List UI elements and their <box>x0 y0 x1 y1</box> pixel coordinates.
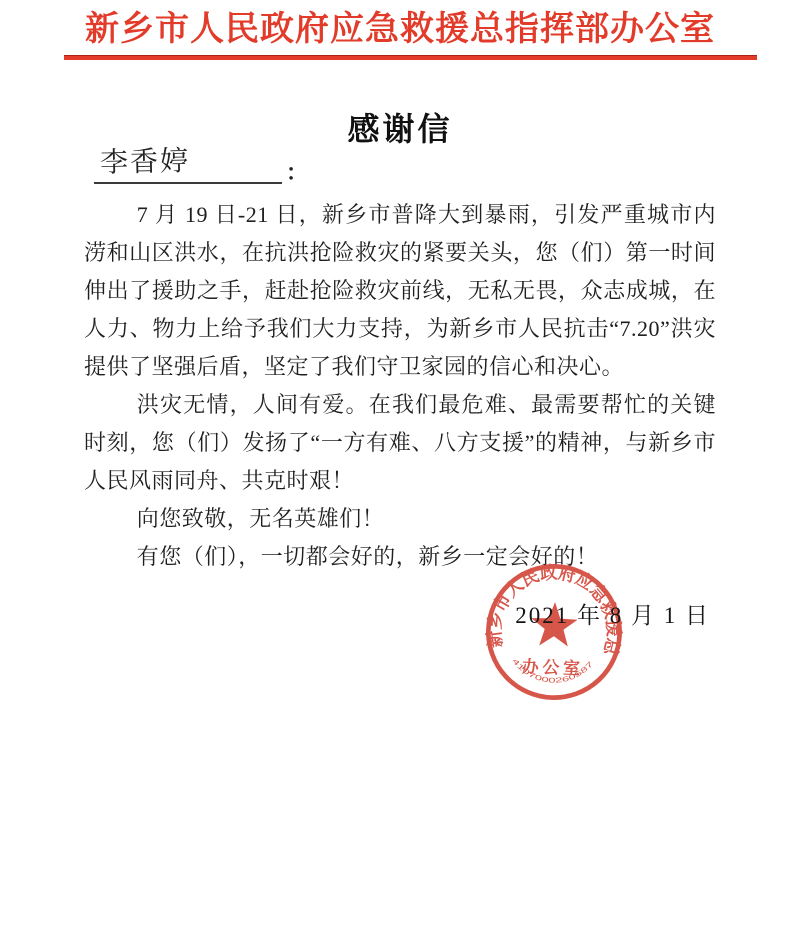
paragraph-1: 7 月 19 日-21 日，新乡市普降大到暴雨，引发严重城市内涝和山区洪水，在抗… <box>84 196 716 386</box>
recipient-name-underline <box>94 182 282 184</box>
recipient-name-handwritten: 李香婷 <box>94 139 191 181</box>
paragraph-3: 向您致敬，无名英雄们！ <box>84 500 716 538</box>
letterhead-title: 新乡市人民政府应急救援总指挥部办公室 <box>0 10 800 50</box>
letter-date: 2021 年 8 月 1 日 <box>515 597 710 630</box>
salutation-colon: ： <box>286 156 308 187</box>
paragraph-2: 洪灾无情，人间有爱。在我们最危难、最需要帮忙的关键时刻，您（们）发扬了“一方有难… <box>84 386 716 500</box>
official-seal-stamp: 新乡市人民政府应急救援总指挥部 办公室 4107000260587 <box>476 554 631 709</box>
letter-body: 7 月 19 日-21 日，新乡市普降大到暴雨，引发严重城市内涝和山区洪水，在抗… <box>84 196 716 576</box>
salutation-block: 李香婷 ： <box>94 140 190 188</box>
letterhead-divider <box>64 55 757 60</box>
letter-page: 新乡市人民政府应急救援总指挥部办公室 感谢信 李香婷 ： 7 月 19 日-21… <box>0 0 800 948</box>
